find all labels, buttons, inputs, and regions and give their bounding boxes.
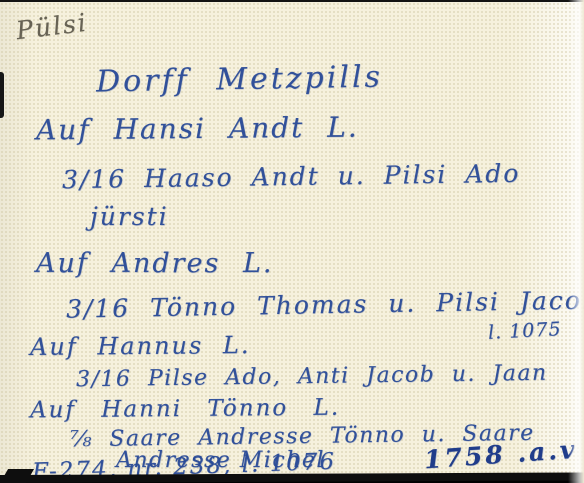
scan-edge-right-highlight: [568, 0, 584, 483]
scan-edge-top: [0, 0, 584, 2]
line-village-heading: Dorff Metzpills: [96, 59, 383, 99]
line-pilse-ado: 3/16 Pilse Ado, Anti Jacob u. Jaan: [76, 361, 548, 393]
card-surface: Pülsi Dorff Metzpills Auf Hansi Andt L. …: [0, 2, 584, 475]
line-auf-hansi: Auf Hansi Andt L.: [36, 111, 359, 147]
scan-edge-left-sliver: [0, 72, 4, 118]
line-haaso-andt: 3/16 Haaso Andt u. Pilsi Ado: [62, 159, 521, 194]
line-auf-andres: Auf Andres L.: [36, 248, 273, 279]
line-jursti: jürsti: [90, 202, 169, 231]
scan-edge-bottom: [0, 472, 584, 483]
line-auf-hannus: Auf Hannus L.: [30, 331, 251, 361]
pencil-farm-name: Pülsi: [15, 8, 90, 46]
line-auf-hanni-tonno: Auf Hanni Tönno L.: [30, 395, 340, 424]
line-page-ref-1075: l. 1075: [487, 318, 562, 344]
line-tonno-thomas: 3/16 Tönno Thomas u. Pilsi Jacob: [66, 285, 584, 323]
scanned-index-card: Pülsi Dorff Metzpills Auf Hansi Andt L. …: [0, 0, 584, 483]
